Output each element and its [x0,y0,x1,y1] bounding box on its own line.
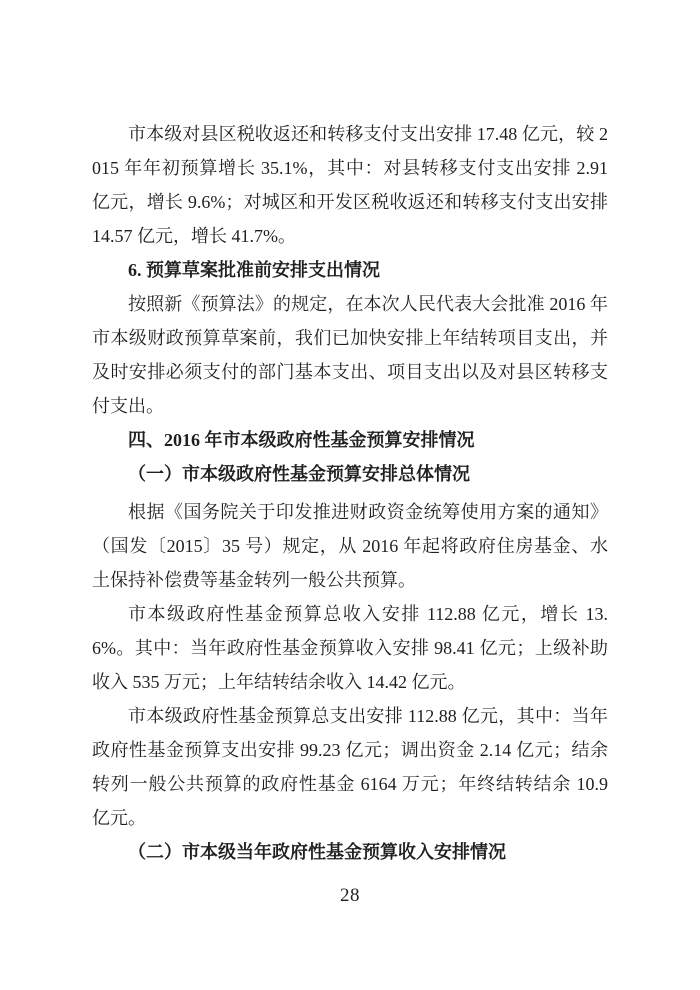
document-body: 市本级对县区税收返还和转移支付支出安排 17.48 亿元，较 2015 年年初预… [92,117,608,869]
heading-sub-one-fund-overview: （一）市本级政府性基金预算安排总体情况 [92,457,608,491]
paragraph-fund-total-expense: 市本级政府性基金预算总支出安排 112.88 亿元，其中：当年政府性基金预算支出… [92,699,608,835]
paragraph-state-council-notice: 根据《国务院关于印发推进财政资金统筹使用方案的通知》（国发〔2015〕35 号）… [92,495,608,597]
paragraph-fund-total-income: 市本级政府性基金预算总收入安排 112.88 亿元，增长 13.6%。其中：当年… [92,597,608,699]
heading-6-pre-approval-spending: 6. 预算草案批准前安排支出情况 [92,253,608,287]
heading-sub-two-fund-income-arrangement: （二）市本级当年政府性基金预算收入安排情况 [92,835,608,869]
document-page: 市本级对县区税收返还和转移支付支出安排 17.48 亿元，较 2015 年年初预… [0,0,700,990]
heading-section-four-fund-budget: 四、2016 年市本级政府性基金预算安排情况 [92,423,608,457]
page-footer: 28 [0,884,700,908]
paragraph-pre-approval-arrangement: 按照新《预算法》的规定，在本次人民代表大会批准 2016 年市本级财政预算草案前… [92,287,608,423]
page-number: 28 [340,885,360,906]
paragraph-county-tax-transfer: 市本级对县区税收返还和转移支付支出安排 17.48 亿元，较 2015 年年初预… [92,117,608,253]
